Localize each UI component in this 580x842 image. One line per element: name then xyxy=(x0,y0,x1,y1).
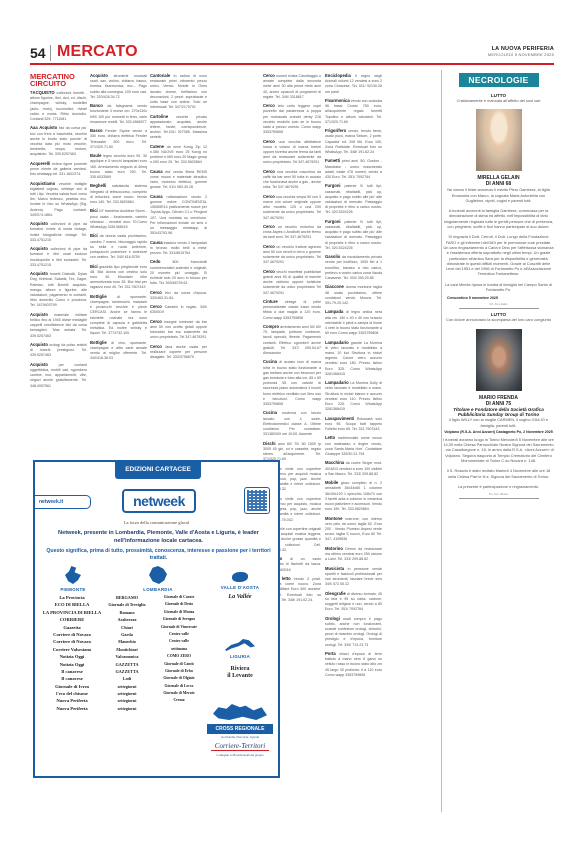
newspaper-masthead: Giornale di Seregno xyxy=(151,616,207,623)
classified-ad: Causa trasloco vendo 2 lampadari in bron… xyxy=(150,240,207,257)
obituary-separator xyxy=(459,498,539,499)
region-lombardia: LOMBARDIA xyxy=(125,566,191,592)
obituary-gelain: LUTTO Cristianamente è mancata all'affet… xyxy=(443,93,554,309)
classified-ad: Causa eta' vendo filiera REMS come nuova… xyxy=(150,169,207,191)
newspaper-masthead: Giornale di Lecco xyxy=(151,683,207,690)
newspaper-masthead: Centro valle xyxy=(151,638,207,645)
classified-ad: Cerco lana anche usata per realizzare co… xyxy=(150,344,207,361)
classified-ad: Cinture vintage di pelle personalizzate … xyxy=(263,299,321,321)
classified-keyword: Oleografie xyxy=(325,591,346,596)
mercatino-title: MERCATINO CIRCUITO xyxy=(30,73,87,87)
newspaper-masthead: Giornale di Merate xyxy=(151,690,207,697)
classified-ad: Lampada di legno antica nera alta cm. 15… xyxy=(325,309,382,336)
newspaper-masthead: Notizia Oggi xyxy=(41,653,103,660)
ad-headline: Netweek, presente in Lombardia, Piemonte… xyxy=(45,530,272,545)
classified-ad: Fumetti primi anni '60, Gordon - Mandrak… xyxy=(325,158,382,180)
classified-ad: Macchina da cucire Singer mod. 401M13 ve… xyxy=(325,460,382,477)
classified-ad: Banco da falegname vendo funzionante 3 m… xyxy=(90,103,147,125)
liguria-map-icon xyxy=(225,639,255,651)
classified-ad: Compro arredamento anni 50/ 60/ 70, lamp… xyxy=(263,324,321,356)
classified-text: fumetti Diabolik, Dylan Dog, Kriminal, S… xyxy=(30,272,87,307)
liguria-mastheads: Rivierail Levante xyxy=(211,666,269,681)
newspaper-masthead: Gazzetta xyxy=(41,624,103,631)
classified-keyword: Cerco xyxy=(263,194,275,199)
newspaper-masthead: Corriere di Novara xyxy=(41,631,103,638)
classified-keyword: Cedo xyxy=(150,259,160,264)
classified-keyword: Furgoni xyxy=(325,183,341,188)
newspaper-masthead: settegiorni xyxy=(101,690,153,697)
classified-ad: Cerco un vecchio trattore agricolo anni … xyxy=(263,244,321,266)
obituary-intro: Con dolore annunciano la scomparsa del l… xyxy=(443,317,554,322)
classifieds-column-5: Enciclopedia Il regno degli Animali volu… xyxy=(325,73,382,681)
classified-keyword: Orologi xyxy=(325,616,340,621)
newspaper-page: 54 MERCATO LA NUOVA PERIFERIA MERCOLEDÌ … xyxy=(0,0,580,842)
newspaper-masthead: Riviera xyxy=(211,666,269,673)
necrologie-title: NECROLOGIE xyxy=(459,73,539,87)
newspaper-masthead: Giornale di Treviglio xyxy=(101,601,153,608)
classified-list: Cantonale in radica di noce restaurato p… xyxy=(150,73,207,360)
classified-keyword: Cantonale xyxy=(150,73,170,78)
lombardia-map-icon xyxy=(149,566,167,584)
necrologie-divider xyxy=(441,70,442,812)
classified-ad: Cerco una vecchia affettatrice rossa a v… xyxy=(263,139,321,166)
classified-keyword: Cartoline xyxy=(150,114,168,119)
obituary-text: La cara Mirella riposa in tomba di famig… xyxy=(443,282,554,293)
classified-ad: Motorino Demm da revisionare ma ottimo v… xyxy=(325,546,382,563)
obituary-separator xyxy=(459,308,539,309)
deceased-role: Titolare e Fondatore della Società Grafi… xyxy=(443,407,554,418)
classified-ad: Acquisto per contanti oggettistica, mobi… xyxy=(30,362,87,389)
classified-text: da donna usata pochissimo, cambio 7 marc… xyxy=(90,234,147,259)
classified-keyword: Lampadario xyxy=(325,380,349,385)
classified-keyword: Fumetti xyxy=(325,158,340,163)
classified-keyword: Cerco xyxy=(263,73,275,78)
classified-keyword: Cerco xyxy=(263,139,275,144)
classified-ad: Cerco vecchi manifesti pubblicitari gran… xyxy=(263,269,321,296)
classified-keyword: Acquerelli xyxy=(30,161,50,166)
lombardia-mastheads-b: Giornale di CarateGiornale di DesioGiorn… xyxy=(151,594,207,705)
classified-ad: Mobile gioco completo di n. 2 armadietti… xyxy=(325,480,382,512)
lombardia-mastheads-a: BERGAMOGiornale di TreviglioRomanoAraber… xyxy=(101,594,153,712)
classified-keyword: Lampadario xyxy=(325,340,349,345)
newspaper-masthead: BERGAMO xyxy=(101,594,153,601)
classified-ad: Catene da neve Konig Zip 12 n.080 NUOVE … xyxy=(150,144,207,166)
classified-text: in radica di noce restaurato primi ottoc… xyxy=(150,74,207,109)
classified-ad: Cedo 800 francobolli commemorativi auten… xyxy=(150,259,207,286)
issue-date: MERCOLEDÌ 5 NOVEMBRE 2025 xyxy=(488,52,554,57)
classified-ad: Furgoni patente B tutti tipi, cassonati,… xyxy=(325,219,382,251)
newspaper-masthead: Chiari xyxy=(101,624,153,631)
classified-keyword: Lavapavimenti xyxy=(325,416,354,421)
classified-ad: Cartoline vecchie privato appassionato a… xyxy=(150,114,207,141)
valle-daosta-map-icon xyxy=(232,572,248,582)
classified-keyword: Cucina xyxy=(263,410,277,415)
obituary-text: A funerali avvenuti la famiglia Gambera,… xyxy=(443,208,554,229)
newspaper-masthead: GAZZETTA xyxy=(101,661,153,668)
classified-ad: Acquisto orologi da polso antichi di mar… xyxy=(30,342,87,359)
newspaper-masthead: Corriere Valsesiano xyxy=(41,646,103,653)
classified-keyword: Cinture xyxy=(263,299,278,304)
classified-text: grande La Murrina di vetro lavorato e mo… xyxy=(325,341,382,376)
classified-text: di spumante, champagne, lambruschi, malv… xyxy=(90,295,147,335)
classified-keyword: Acquistiamo xyxy=(30,181,55,186)
newspaper-masthead: il Levante xyxy=(211,673,269,680)
page-number: 54 xyxy=(30,45,46,61)
classified-keyword: Beghelli xyxy=(90,183,106,188)
newspaper-masthead: Giornale di Erba xyxy=(151,668,207,675)
qr-code-icon[interactable] xyxy=(244,487,270,514)
valle-daosta-mastheads: La Vallée xyxy=(211,594,269,601)
newspaper-masthead: Giornale di Cantù xyxy=(151,661,207,668)
classified-text: vecchie bottiglie bigliatedi cognac, whi… xyxy=(30,182,87,217)
obituary-location: Volpiano (R.S.A. Anni Azzurri) Castagnet… xyxy=(443,430,554,435)
corriere-territori-logo: Corriere-Territori xyxy=(211,742,269,751)
classified-ad: Baule legno vecchio euro 90. 30 applique… xyxy=(90,153,147,180)
classified-keyword: Acquisto xyxy=(30,312,48,317)
classified-ad: Giaccone donna montone taglia 48 usato p… xyxy=(325,284,382,306)
classified-text: arredamento anni 50/ 60/ 70, lampade, po… xyxy=(263,325,321,355)
newspaper-masthead: ECO DI BIELLA xyxy=(41,601,103,608)
classified-text: La Murrina Dolly di vetro lavorato e mod… xyxy=(325,381,382,411)
classified-keyword: Porta xyxy=(325,651,336,656)
classified-keyword: Causa xyxy=(150,194,163,199)
classified-keyword: Cerco xyxy=(150,319,162,324)
newspaper-masthead: settegiorni xyxy=(101,697,153,704)
newspaper-masthead: GAZZETTA xyxy=(101,668,153,675)
newspaper-masthead: Romano xyxy=(101,609,153,616)
obituary-text: I funerali avranno luogo in Torino Merco… xyxy=(443,437,554,463)
classified-ad: Enciclopedia Il regno degli Animali volu… xyxy=(325,73,382,95)
classified-ad: Cerco un vecchio motorino da cross Aspes… xyxy=(263,224,321,241)
section-title: MERCATO xyxy=(57,43,138,61)
newspaper-masthead: La Vallée xyxy=(211,594,269,601)
header-divider xyxy=(50,45,51,61)
funeral-home-signature: On. Fun. Bessu xyxy=(443,492,554,496)
newspaper-masthead: LA PROVINCIA DI BIELLA xyxy=(41,609,103,616)
region-liguria: LIGURIA xyxy=(211,639,269,659)
classified-ad: Cerco una vecchia macchina da caffè da b… xyxy=(263,169,321,191)
classified-keyword: Mobile xyxy=(325,480,338,485)
classified-ad: Bici 24" bambina doublezz Storm - poco u… xyxy=(90,208,147,230)
classified-keyword: Bici xyxy=(90,233,98,238)
classified-keyword: Enciclopedia xyxy=(325,73,351,78)
newspaper-masthead: COMO ZERO xyxy=(151,653,207,660)
netweek-advertisement[interactable]: EDIZIONI CARTACEE netweek.it netweek La … xyxy=(33,460,280,778)
classified-keyword: Basso xyxy=(90,128,103,133)
classified-keyword: Bottiglie xyxy=(90,340,107,345)
page-header: 54 MERCATO LA NUOVA PERIFERIA MERCOLEDÌ … xyxy=(30,42,554,64)
obituary-text: La presente è partecipazione e ringrazia… xyxy=(443,484,554,489)
classified-text: 24" bambina doublezz Storm - poco usata … xyxy=(90,209,147,229)
classified-keyword: ?ACQUISTO xyxy=(30,90,55,95)
classified-ad: Acquisto materiale militare bellico fino… xyxy=(30,312,87,339)
classified-ad: Cerco numeri rivista Canottaggio o annat… xyxy=(263,73,321,100)
classified-ad: Beghelli salvalavita sistema integrato d… xyxy=(90,183,147,205)
classified-ad: Bottiglie di vino, spumante, champagne e… xyxy=(90,340,147,362)
obituary-family: il figlio WILLY con la moglie CARMEN, il… xyxy=(443,417,554,428)
newspaper-masthead: Giornale di Carate xyxy=(151,594,207,601)
obituary-text: Ne danno il triste annuncio il marito Pi… xyxy=(443,187,554,203)
cross-regional-subtitle: (Lombardia, Piemonte, Liguria) xyxy=(207,735,273,739)
piemonte-mastheads: La ProvinciaECO DI BIELLALA PROVINCIA DI… xyxy=(41,594,103,712)
classified-ad: Acquisto fumetti Diabolik, Dylan Dog, Kr… xyxy=(30,271,87,308)
classified-ad: Basso Fender Squire vendo a 350 euro, ch… xyxy=(90,128,147,150)
netweek-logo: netweek xyxy=(122,489,196,513)
classified-ad: Musicista in pensione vende spartiti e f… xyxy=(325,566,382,588)
classified-keyword: Acquisto xyxy=(30,246,48,251)
classified-keyword: Compro xyxy=(263,324,279,329)
classified-keyword: Acquisto xyxy=(30,342,48,347)
region-valle-daosta: VALLE D'AOSTA xyxy=(207,572,273,590)
newspaper-masthead: Giornale di Desio xyxy=(151,601,207,608)
classified-text: telo corto leggero copri pozzetto dal pa… xyxy=(263,104,321,134)
obituary-date: Crescentino 5 novembre 2025 xyxy=(447,296,554,300)
italy-north-map-icon xyxy=(213,704,267,720)
classified-list: ?ACQUISTO collezioni fumetti , album fig… xyxy=(30,90,87,389)
classified-ad: Oleografie di diverso formato, 45 su tel… xyxy=(325,591,382,613)
classified-keyword: Banco xyxy=(90,103,103,108)
classified-text: gioco completo di n. 2 armadietti 36x34x… xyxy=(325,481,382,511)
newspaper-masthead: Valcamonica xyxy=(101,653,153,660)
region-name: PIEMONTE xyxy=(43,587,103,592)
classified-ad: Cucina di acciaio inox di marca lofra in… xyxy=(263,359,321,407)
classified-ad: Cerco Canarini in regalo. 349/ 6350519 xyxy=(150,304,207,315)
classified-keyword: Causa xyxy=(150,169,163,174)
classified-ad: Montone marrone, con interno vero pelo d… xyxy=(325,516,382,543)
classified-keyword: Acquisto xyxy=(90,73,108,78)
classified-ad: Bottiglie di spumante, champagne, lambru… xyxy=(90,294,147,337)
classified-keyword: Cucina xyxy=(263,359,277,364)
ad-subheadline: Questo significa, prima di tutto, prossi… xyxy=(45,548,272,562)
newspaper-masthead: Nuova Periferia xyxy=(41,697,103,704)
classified-keyword: Bottiglie xyxy=(90,294,107,299)
classified-keyword: Furgoni xyxy=(325,219,341,224)
newspaper-masthead: Montichiari xyxy=(101,646,153,653)
cross-regional-map xyxy=(211,704,269,722)
classified-keyword: Bici xyxy=(90,264,98,269)
newspaper-masthead: Giornale di Vimercate xyxy=(151,624,207,631)
region-name: LIGURIA xyxy=(211,654,269,659)
newspaper-masthead: l'eco del chisone xyxy=(41,690,103,697)
classified-keyword: Cerco xyxy=(263,169,275,174)
classified-keyword: Cerco xyxy=(263,269,275,274)
classified-ad: Orologi usati compro e pago subito, anch… xyxy=(325,616,382,648)
classified-ad: Letto matrimoniale come nuovo con matera… xyxy=(325,435,382,457)
classified-ad: Cerco telo corto leggero copri pozzetto … xyxy=(263,103,321,135)
header-rule xyxy=(30,63,554,65)
classified-ad: Bici graziella tipo pieghevole euro 48. … xyxy=(90,264,147,291)
classified-ad: Porta chiavi d'epoca di ferro battuto a … xyxy=(325,651,382,678)
classified-ad: Frigorifero vendo, tenuto bene, usato po… xyxy=(325,128,382,155)
classified-text: usati compro e pago subito, anche non fu… xyxy=(325,617,382,647)
classified-text: di acciaio inox di marca lofra in buono … xyxy=(263,360,321,406)
obituary-text: Il S. Rosario è stato recitato Martedì 4… xyxy=(443,468,554,479)
classified-ad: Causa rottamazione vendo 2 gomme estive … xyxy=(150,194,207,237)
portrait-photo xyxy=(476,329,522,391)
classified-text: bici da corsa piu' bici con freni a bacc… xyxy=(30,126,87,156)
classified-ad: Fisarmonica vendo con custodia 96 bassi … xyxy=(325,98,382,125)
classified-ad: Bici da donna usata pochissimo, cambio 7… xyxy=(90,233,147,260)
newspaper-masthead: Araberara xyxy=(101,616,153,623)
newspaper-masthead: Garda xyxy=(101,631,153,638)
classified-text: patente B tutti tipi, cassonati, ribalta… xyxy=(325,184,382,214)
classified-ad: Lavapavimenti Rotowash solo euro 95. Sco… xyxy=(325,416,382,433)
classified-ad: Acquerelli riviera ligure ponente prove … xyxy=(30,161,87,178)
classified-keyword: Catene xyxy=(150,144,164,149)
classified-keyword: Gasolio xyxy=(325,254,340,259)
classified-text: patente B tutti tipi, cassonati, ribalta… xyxy=(325,220,382,250)
classified-ad: Acquisto collezioni di pipe da fumatori,… xyxy=(30,221,87,243)
classified-keyword: Cerco xyxy=(150,344,162,349)
classified-ad: Cerco insegne luminose da bar anni 50 co… xyxy=(150,319,207,341)
cross-regional-badge: CROSS REGIONALE xyxy=(207,724,273,734)
obituary-intro: Cristianamente è mancata all'affetto dei… xyxy=(443,98,554,103)
classified-ad: Gasolio da riscaldamento privato vendo p… xyxy=(325,254,382,281)
masthead-block: LA NUOVA PERIFERIA MERCOLEDÌ 5 NOVEMBRE … xyxy=(488,46,554,57)
newspaper-masthead: La Provincia xyxy=(41,594,103,601)
classified-keyword: Cerco xyxy=(263,103,275,108)
classified-keyword: Motorino xyxy=(325,546,343,551)
newspaper-masthead: Manerbio xyxy=(101,638,153,645)
classified-keyword: Baule xyxy=(90,153,101,158)
newspaper-masthead: Crema xyxy=(151,697,207,704)
classified-keyword: Cerco xyxy=(263,244,275,249)
classified-ad: Furgoni patente B tutti tipi, cassonati,… xyxy=(325,183,382,215)
classified-text: rottamazione vendo 2 gomme estive CONTIN… xyxy=(150,195,207,235)
newspaper-masthead: settimana xyxy=(151,646,207,653)
classified-keyword: Acquisto xyxy=(30,221,48,226)
classifieds-column-2: Acquisto strumenti musicali usati, sax, … xyxy=(90,73,147,365)
region-name: VALLE D'AOSTA xyxy=(207,585,273,590)
funeral-home-signature: On. Fun. Eden xyxy=(443,302,554,306)
obituary-frenda: LUTTO Con dolore annunciano la scomparsa… xyxy=(443,312,554,499)
newspaper-masthead: Notizia Oggi xyxy=(41,661,103,668)
newspaper-masthead: Corriere di Novara xyxy=(41,638,103,645)
ad-tagline: La forza della comunicazione glocal xyxy=(35,520,278,525)
newspaper-masthead: settegiorni xyxy=(101,705,153,712)
newspaper-masthead: Giornale di Monza xyxy=(151,609,207,616)
classified-ad: Cerco bici da corsa d'epoca. 333/463.31.… xyxy=(150,290,207,301)
classified-keyword: Causa xyxy=(150,240,163,245)
newspaper-masthead: Centro valle xyxy=(151,631,207,638)
piemonte-map-icon xyxy=(65,566,81,584)
classified-ad: Cerco una vecchia vespa 50 con 3 marce c… xyxy=(263,194,321,221)
region-piemonte: PIEMONTE xyxy=(43,566,103,592)
classified-keyword: Bici xyxy=(90,208,98,213)
newspaper-masthead: Lodi xyxy=(101,675,153,682)
classifieds-column-3: Cantonale in radica di noce restaurato p… xyxy=(150,73,207,364)
classified-ad: Lampadario grande La Murrina di vetro la… xyxy=(325,340,382,377)
classifieds-column-1: MERCATINO CIRCUITO ?ACQUISTO collezioni … xyxy=(30,73,87,392)
newspaper-masthead: Nuova Periferia xyxy=(41,705,103,712)
region-name: LOMBARDIA xyxy=(125,587,191,592)
newspaper-masthead: Giornale di Ivrea xyxy=(41,683,103,690)
classified-list: Enciclopedia Il regno degli Animali volu… xyxy=(325,73,382,678)
classified-keyword: Acquisto xyxy=(30,271,48,276)
classified-keyword: Aaa Acquisto xyxy=(30,125,57,130)
obituary-text: Si ringrazia il Dott. Cerruti, il Dott. … xyxy=(443,234,554,276)
cross-regional-note: in allegato a 38 settimanali del gruppo xyxy=(207,754,273,758)
classified-list: Acquisto strumenti musicali usati, sax, … xyxy=(90,73,147,361)
classified-ad: Acquistiamo vecchie bottiglie bigliatedi… xyxy=(30,181,87,218)
classified-keyword: Montone xyxy=(325,516,342,521)
classified-keyword: Musicista xyxy=(325,566,344,571)
newspaper-masthead: Il canavese xyxy=(41,668,103,675)
classified-ad: Lampadario La Murrina Dolly di vetro lav… xyxy=(325,380,382,412)
portrait-photo xyxy=(476,109,522,171)
classified-ad: Acquisto collezioni di pipe da fumatori … xyxy=(30,246,87,268)
ad-url-link[interactable]: netweek.it xyxy=(33,495,91,509)
classified-ad: Cantonale in radica di noce restaurato p… xyxy=(150,73,207,110)
classified-keyword: Letto xyxy=(325,435,335,440)
classified-keyword: Fisarmonica xyxy=(325,98,350,103)
newspaper-masthead: CORRIERE xyxy=(41,616,103,623)
classified-keyword: Cerco xyxy=(150,304,162,309)
classified-text: graziella tipo pieghevole euro 48. Bici … xyxy=(90,265,147,290)
classified-keyword: Cerco xyxy=(263,224,275,229)
classified-keyword: Cerco xyxy=(150,290,162,295)
classified-keyword: Lampada xyxy=(325,309,343,314)
classified-keyword: Frigorifero xyxy=(325,128,346,133)
classified-keyword: Giaccone xyxy=(325,284,344,289)
mercatino-title-line-2: CIRCUITO xyxy=(30,80,87,87)
classified-ad: Aaa Acquisto bici da corsa piu' bici con… xyxy=(30,125,87,157)
classified-keyword: Macchina xyxy=(325,460,344,465)
newspaper-masthead: settegiorni xyxy=(101,683,153,690)
ad-tab-label: EDIZIONI CARTACEE xyxy=(115,461,201,479)
classified-text: collezioni fumetti , album figurine, lib… xyxy=(30,91,87,121)
newspaper-masthead: Giornale di Olgiate xyxy=(151,675,207,682)
classified-ad: Cucina moderna con tavolo laccato con 4 … xyxy=(263,410,321,437)
classified-ad: Acquisto strumenti musicali usati, sax, … xyxy=(90,73,147,100)
necrologie-column: NECROLOGIE LUTTO Cristianamente è mancat… xyxy=(443,73,554,502)
classified-ad: ?ACQUISTO collezioni fumetti , album fig… xyxy=(30,90,87,122)
newspaper-masthead: Il canavese xyxy=(41,675,103,682)
classified-keyword: Dischi xyxy=(263,441,276,446)
classified-keyword: Acquisto xyxy=(30,362,48,367)
